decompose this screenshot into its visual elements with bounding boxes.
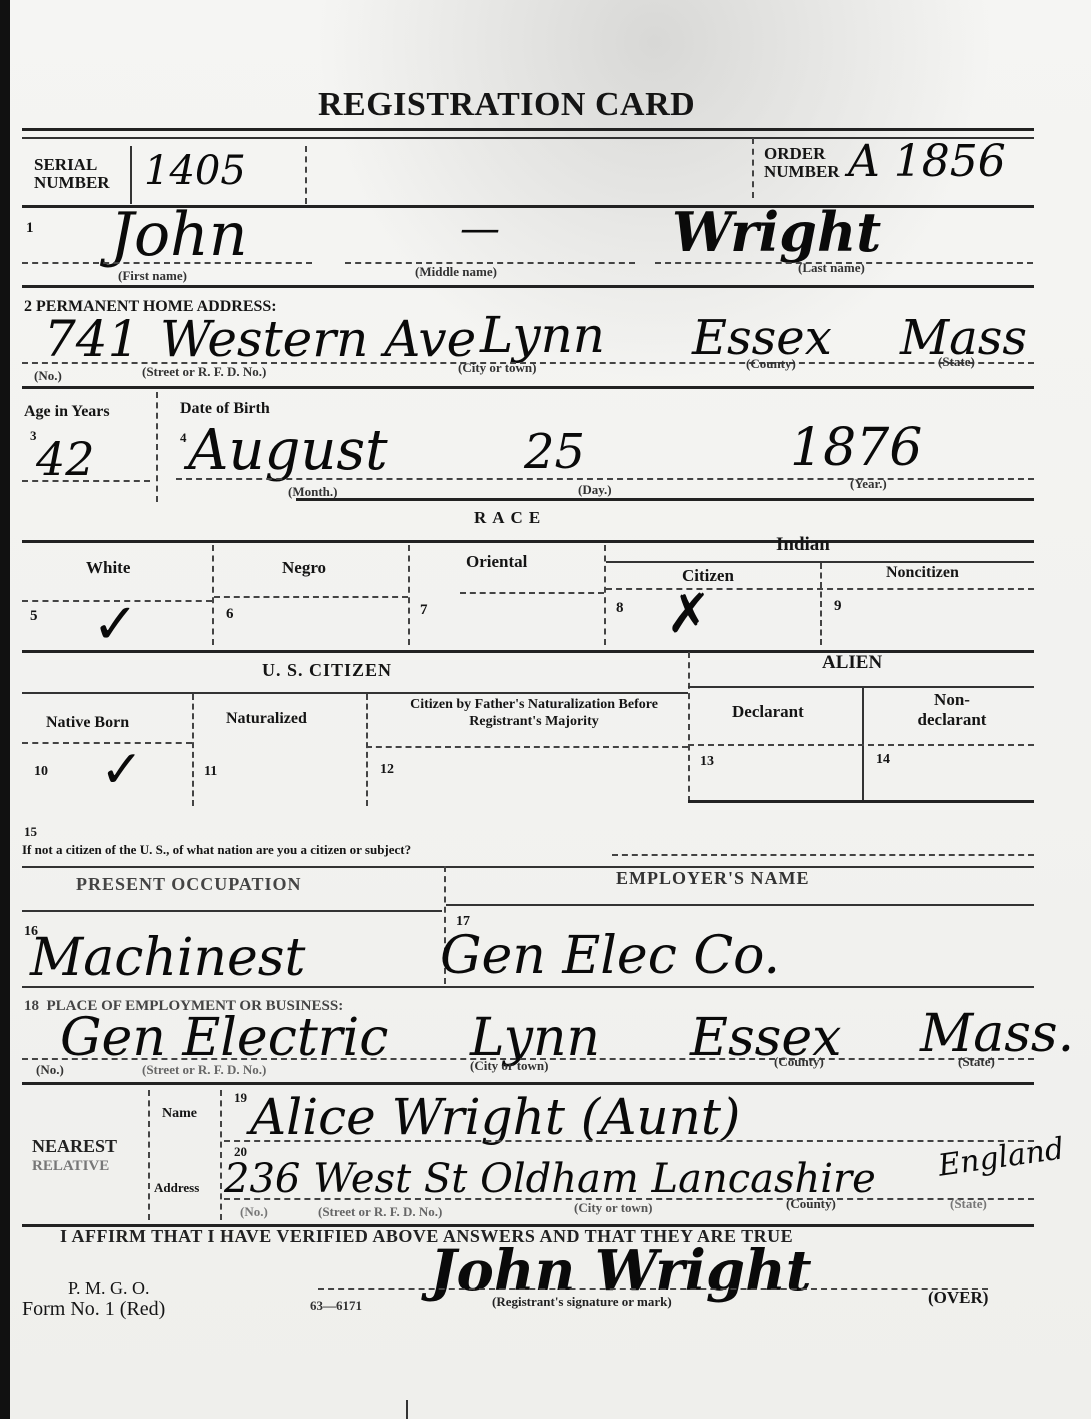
field-7-number: 7 [420,602,428,619]
serial-number-label: SERIALNUMBER [34,156,110,192]
last-name-value: Wright [672,200,881,264]
naturalized-label: Naturalized [226,710,307,728]
middle-name-label: (Middle name) [415,264,497,280]
field-5-number: 5 [30,608,38,625]
form-number-label: Form No. 1 (Red) [22,1298,165,1321]
last-name-label: (Last name) [798,260,865,276]
field-12-number: 12 [380,762,394,778]
relative-address-label: Address [154,1180,199,1196]
citizen-by-father-label: Citizen by Father's Naturalization Befor… [384,696,684,730]
rel-no-label: (No.) [240,1204,268,1220]
occupation-value: Machinest [30,928,305,988]
rel-state-label: (State) [950,1196,987,1212]
first-name-value: John [110,200,247,270]
field-6-number: 6 [226,606,234,623]
birth-year-value: 1876 [790,418,922,478]
emp-county-label: (County) [774,1054,824,1070]
race-white-checkmark: ✓ [92,592,139,657]
order-number-label: ORDERNUMBER [764,145,840,181]
emp-city-label: (City or town) [470,1058,548,1074]
emp-street-label: (Street or R. F. D. No.) [142,1062,266,1078]
relative-name-value: Alice Wright (Aunt) [250,1088,740,1146]
us-citizen-heading: U. S. CITIZEN [262,660,392,681]
relative-name-label: Name [162,1106,197,1122]
over-label: (OVER) [928,1288,988,1308]
birth-month-value: August [188,418,388,483]
race-white-label: White [86,558,130,578]
field-10-number: 10 [34,764,48,780]
field-4-number: 4 [180,430,187,446]
field-13-number: 13 [700,754,714,770]
signature-label: (Registrant's signature or mark) [492,1294,672,1310]
occupation-heading: PRESENT OCCUPATION [76,874,302,895]
birth-day-value: 25 [524,424,585,480]
state-label: (State) [938,354,975,370]
native-born-checkmark: ✓ [100,740,144,800]
field-11-number: 11 [204,764,217,780]
middle-name-value: — [460,206,500,252]
rel-street-label: (Street or R. F. D. No.) [318,1204,442,1220]
native-born-label: Native Born [46,714,129,732]
street-label: (Street or R. F. D. No.) [142,364,266,380]
employer-heading: EMPLOYER'S NAME [616,868,810,889]
relative-address-value: 236 West St Oldham Lancashire [224,1156,876,1202]
race-indian-citizen-mark: ✗ [666,582,711,645]
employment-state-value: Mass. [920,1004,1074,1064]
no-label: (No.) [34,368,62,384]
card-title: REGISTRATION CARD [318,86,695,124]
field-19-number: 19 [234,1090,247,1106]
field-9-number: 9 [834,598,842,615]
alien-heading: ALIEN [822,652,882,674]
declarant-label: Declarant [732,702,804,722]
order-number-value: A 1856 [848,136,1006,187]
employer-value: Gen Elec Co. [440,926,780,986]
race-oriental-label: Oriental [466,552,527,572]
nation-question-label: If not a citizen of the U. S., of what n… [22,842,411,858]
field-8-number: 8 [616,600,624,617]
home-address-city: Lynn [480,306,605,364]
dob-label: Date of Birth [180,400,270,418]
serial-number-value: 1405 [144,148,246,194]
non-declarant-label: Non-declarant [902,690,1002,730]
year-label: (Year.) [850,476,887,492]
home-address-number: 741 [44,310,139,368]
pmgo-label: P. M. G. O. [68,1278,150,1299]
scan-edge [0,0,10,1419]
indian-heading: Indian [776,534,830,556]
age-value: 42 [36,432,95,486]
day-label: (Day.) [578,482,612,498]
home-address-street: Western Ave [160,310,476,368]
field-14-number: 14 [876,752,890,768]
race-heading: RACE [474,508,546,528]
first-name-label: (First name) [118,268,187,284]
emp-no-label: (No.) [36,1062,64,1078]
nearest-relative-heading: NEAREST RELATIVE [32,1136,117,1176]
race-indian-noncitizen-label: Noncitizen [886,564,959,582]
rel-county-label: (County) [786,1196,836,1212]
county-label: (County) [746,356,796,372]
field-15-number: 15 [24,824,37,840]
registration-card: REGISTRATION CARD SERIALNUMBER 1405 ORDE… [0,0,1091,1419]
print-code: 63—6171 [310,1298,362,1314]
field-1-number: 1 [26,220,34,237]
city-label: (City or town) [458,360,536,376]
race-negro-label: Negro [282,558,326,578]
rel-city-label: (City or town) [574,1200,652,1216]
age-label: Age in Years [24,403,110,421]
emp-state-label: (State) [958,1054,995,1070]
